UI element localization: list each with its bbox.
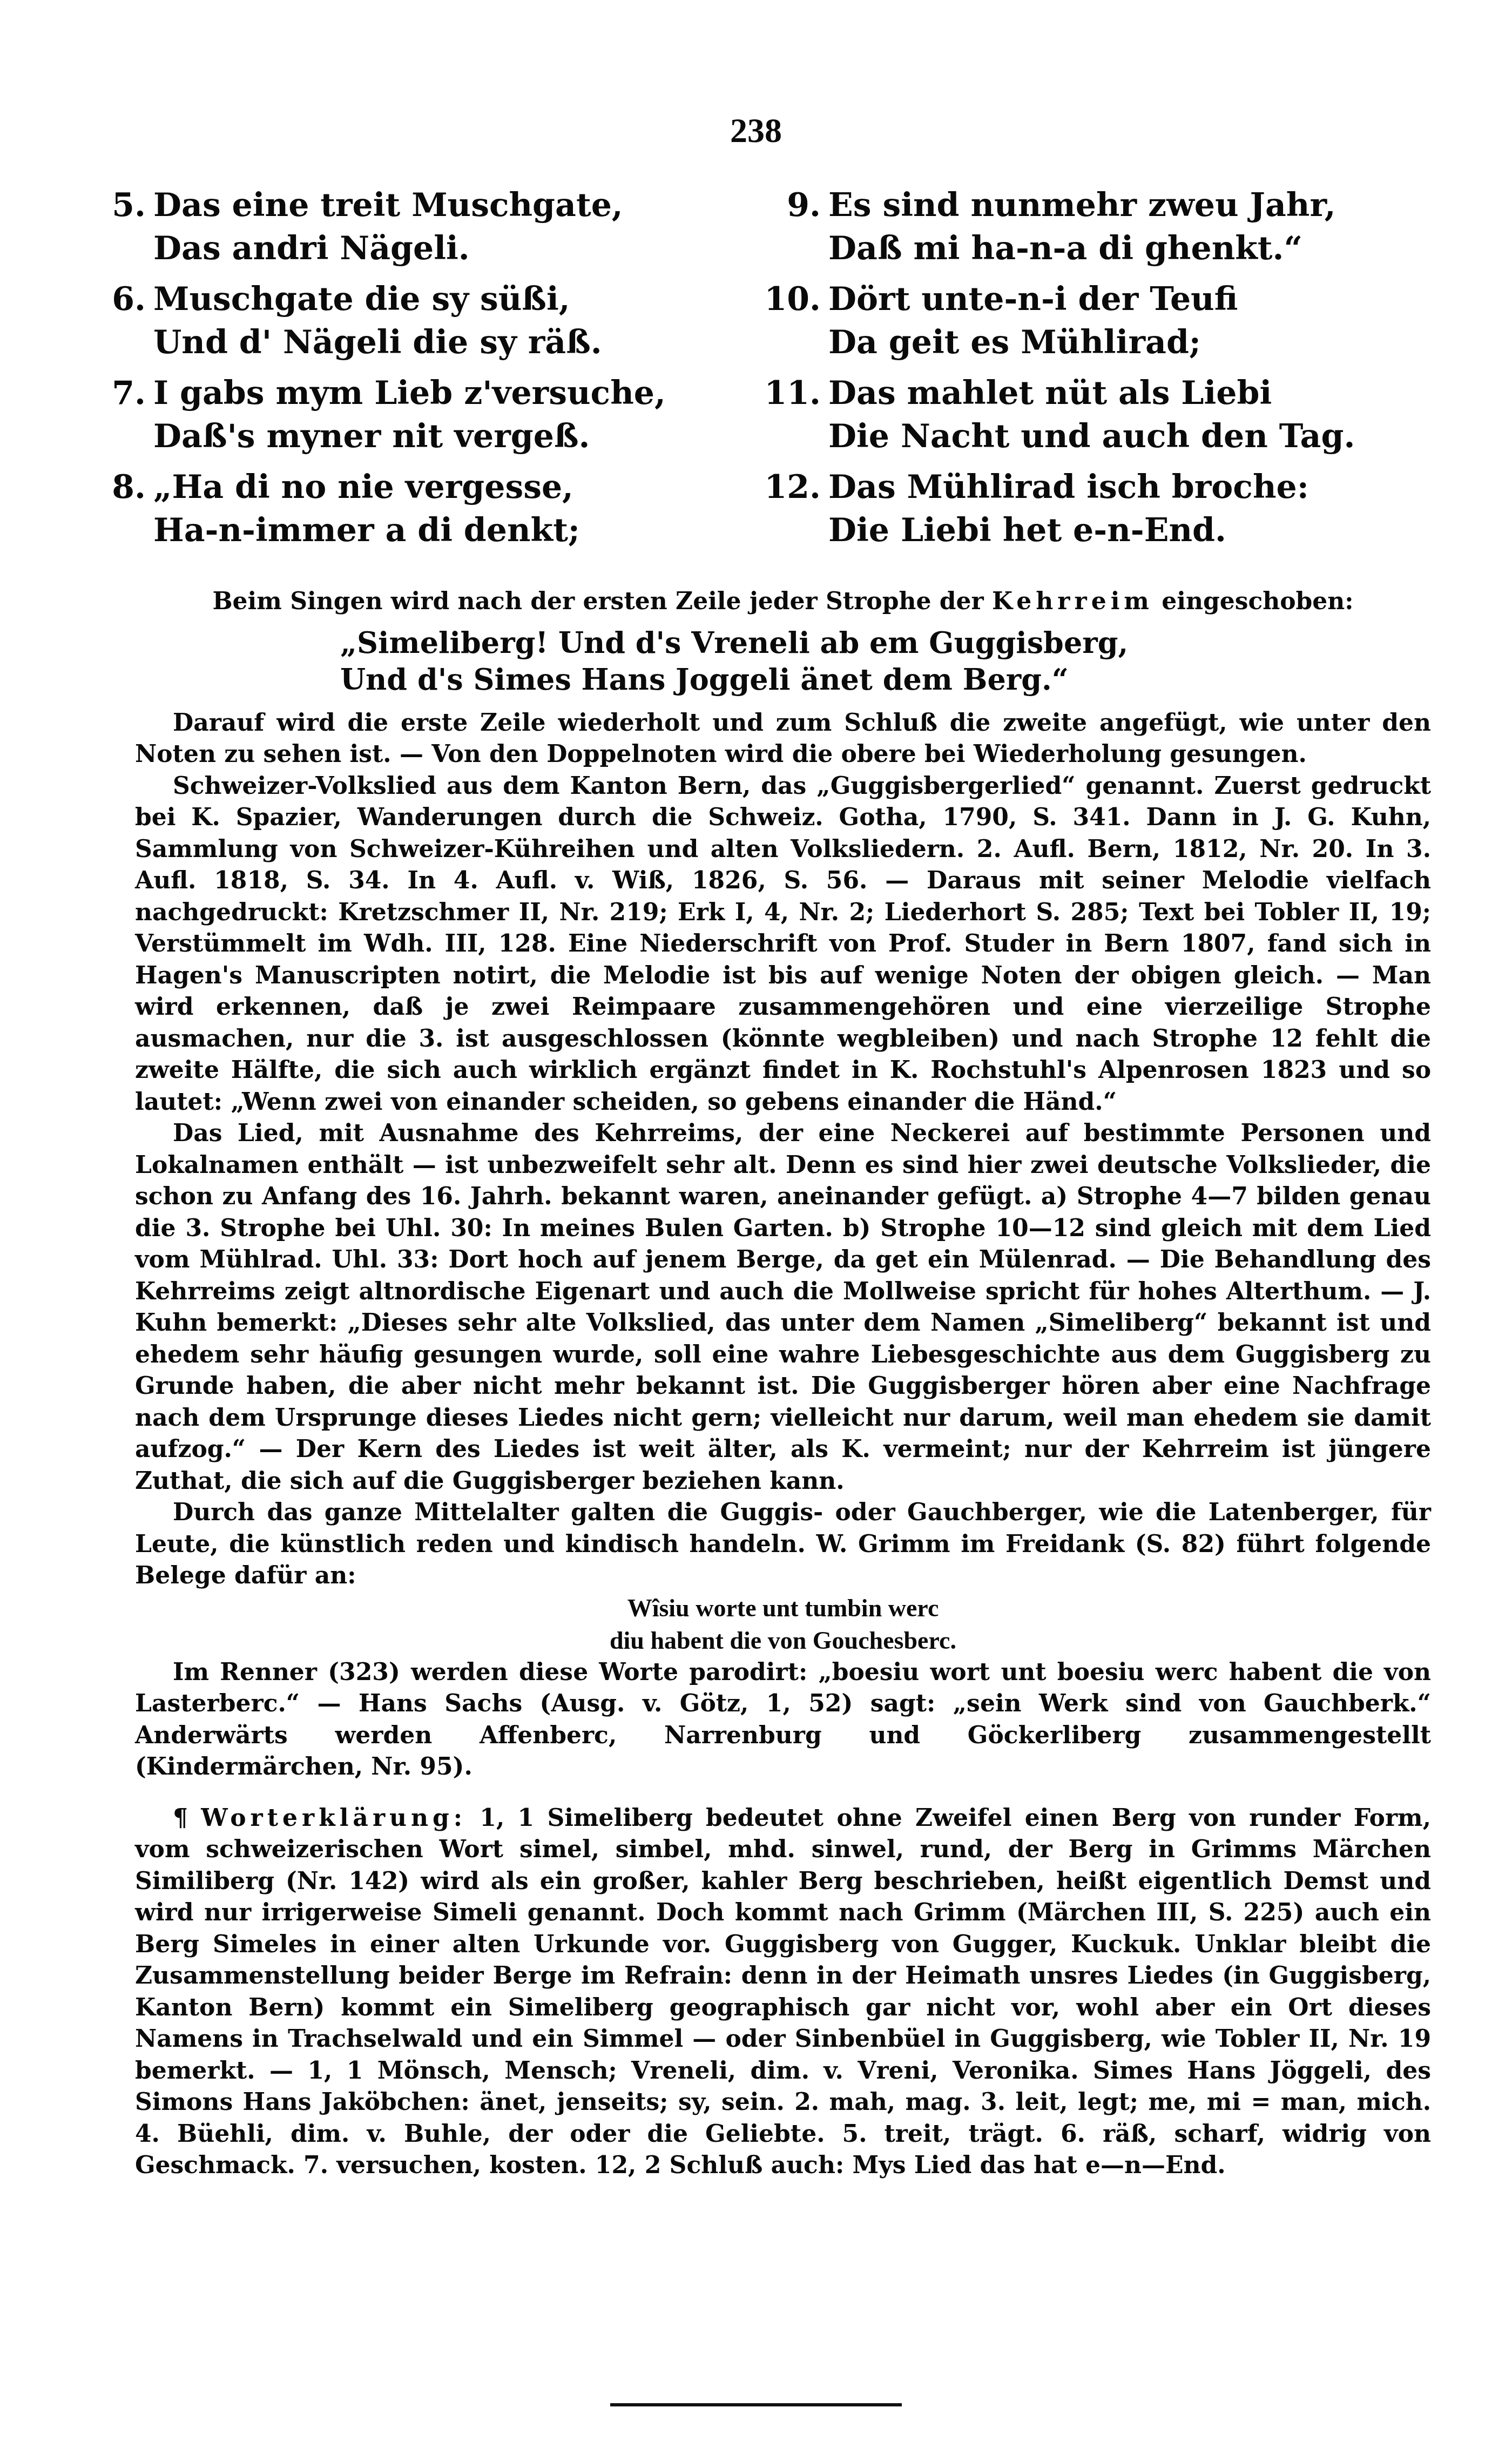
closing-rule-divider	[610, 2403, 902, 2406]
mhg-quote-line: Wîsiu worte unt tumbin werc	[135, 1592, 1431, 1624]
pilcrow-icon: ¶	[173, 1804, 188, 1832]
verse-text: Das mahlet nüt als Liebi	[828, 374, 1272, 412]
verse-text: Die Nacht und auch den Tag.	[828, 417, 1355, 455]
verse-text: Das eine treit Muschgate,	[153, 186, 623, 224]
refrain-intro: Beim Singen wird nach der ersten Zeile j…	[135, 586, 1431, 618]
stanza-number: 10.	[756, 278, 821, 321]
verse-line: Die Nacht und auch den Tag.	[756, 415, 1431, 458]
verse-text: Und d' Nägeli die sy räß.	[153, 323, 602, 361]
stanza-number: 11.	[756, 372, 821, 415]
glossary-text: 1, 1 Simeliberg bedeutet ohne Zweifel ei…	[135, 1804, 1431, 2180]
stanza: 11.Das mahlet nüt als LiebiDie Nacht und…	[756, 372, 1431, 458]
stanza-number: 12.	[756, 466, 821, 509]
refrain-line: „Simeliberg! Und d's Vreneli ab em Guggi…	[340, 624, 1431, 661]
paragraph-sources: Schweizer-Volkslied aus dem Kanton Bern,…	[135, 771, 1431, 1118]
paragraph-age: Das Lied, mit Ausnahme des Kehrreims, de…	[135, 1118, 1431, 1497]
intro-text-end: eingeschoben:	[1153, 588, 1354, 615]
intro-emphasis: Kehrreim	[992, 588, 1153, 615]
verse-line: Da geit es Mühlirad;	[756, 321, 1431, 364]
paragraph-renner: Im Renner (323) werden diese Worte parod…	[135, 1657, 1431, 1783]
glossary: ¶ Worterklärung: 1, 1 Simeliberg bedeute…	[135, 1803, 1431, 2182]
paragraph-repetition-note: Darauf wird die erste Zeile wiederholt u…	[135, 707, 1431, 771]
verse-text: Daß's myner nit vergeß.	[153, 417, 590, 455]
verse-line: 10.Dört unte-n-i der Teufi	[756, 278, 1431, 321]
refrain-line: Und d's Simes Hans Joggeli änet dem Berg…	[340, 661, 1431, 698]
book-page: 238 5.Das eine treit Muschgate,Das andri…	[0, 0, 1512, 2448]
stanza: 10.Dört unte-n-i der TeufiDa geit es Müh…	[756, 278, 1431, 364]
verse-line: Ha-n-immer a di denkt;	[103, 509, 724, 552]
page-number: 238	[0, 111, 1512, 151]
verse-text: Das Mühlirad isch broche:	[828, 468, 1309, 506]
refrain: „Simeliberg! Und d's Vreneli ab em Guggi…	[340, 624, 1431, 698]
stanza-number: 8.	[103, 466, 146, 509]
commentary: Beim Singen wird nach der ersten Zeile j…	[135, 586, 1431, 2182]
stanza: 9.Es sind nunmehr zweu Jahr,Daß mi ha-n-…	[756, 184, 1431, 270]
verse-text: Die Liebi het e-n-End.	[828, 511, 1226, 549]
stanza: 6.Muschgate die sy süßi,Und d' Nägeli di…	[103, 278, 724, 364]
verse-text: Muschgate die sy süßi,	[153, 280, 570, 318]
stanza-number: 5.	[103, 184, 146, 227]
stanza: 8.„Ha di no nie vergesse,Ha-n-immer a di…	[103, 466, 724, 552]
verse-text: Es sind nunmehr zweu Jahr,	[828, 186, 1336, 224]
verse-line: 11.Das mahlet nüt als Liebi	[756, 372, 1431, 415]
verse-text: Ha-n-immer a di denkt;	[153, 511, 580, 549]
stanza-number: 9.	[756, 184, 821, 227]
verse-text: I gabs mym Lieb z'versuche,	[153, 374, 666, 412]
verse-line: 5.Das eine treit Muschgate,	[103, 184, 724, 227]
glossary-heading: Worterklärung:	[201, 1804, 467, 1832]
verse-line: Die Liebi het e-n-End.	[756, 509, 1431, 552]
poem-column-right: 9.Es sind nunmehr zweu Jahr,Daß mi ha-n-…	[756, 184, 1431, 559]
stanza: 12.Das Mühlirad isch broche:Die Liebi he…	[756, 466, 1431, 552]
verse-text: Daß mi ha-n-a di ghenkt.“	[828, 230, 1302, 267]
verse-line: Und d' Nägeli die sy räß.	[103, 321, 724, 364]
verse-text: Dört unte-n-i der Teufi	[828, 280, 1238, 318]
verse-text: Da geit es Mühlirad;	[828, 323, 1201, 361]
verse-line: Daß mi ha-n-a di ghenkt.“	[756, 227, 1431, 270]
verse-line: 7.I gabs mym Lieb z'versuche,	[103, 372, 724, 415]
poem-column-left: 5.Das eine treit Muschgate,Das andri Näg…	[103, 184, 724, 559]
intro-text: Beim Singen wird nach der ersten Zeile j…	[212, 588, 992, 615]
verse-line: Das andri Nägeli.	[103, 227, 724, 270]
verse-text: „Ha di no nie vergesse,	[153, 468, 573, 506]
paragraph-guggisberger: Durch das ganze Mittelalter galten die G…	[135, 1497, 1431, 1592]
stanza: 7.I gabs mym Lieb z'versuche,Daß's myner…	[103, 372, 724, 458]
mhg-quote-line: diu habent die von Gouchesberc.	[135, 1624, 1431, 1657]
verse-line: 6.Muschgate die sy süßi,	[103, 278, 724, 321]
stanza-number: 6.	[103, 278, 146, 321]
verse-line: 9.Es sind nunmehr zweu Jahr,	[756, 184, 1431, 227]
verse-line: Daß's myner nit vergeß.	[103, 415, 724, 458]
verse-line: 8.„Ha di no nie vergesse,	[103, 466, 724, 509]
stanza-number: 7.	[103, 372, 146, 415]
verse-text: Das andri Nägeli.	[153, 230, 470, 267]
stanza: 5.Das eine treit Muschgate,Das andri Näg…	[103, 184, 724, 270]
verse-line: 12.Das Mühlirad isch broche:	[756, 466, 1431, 509]
